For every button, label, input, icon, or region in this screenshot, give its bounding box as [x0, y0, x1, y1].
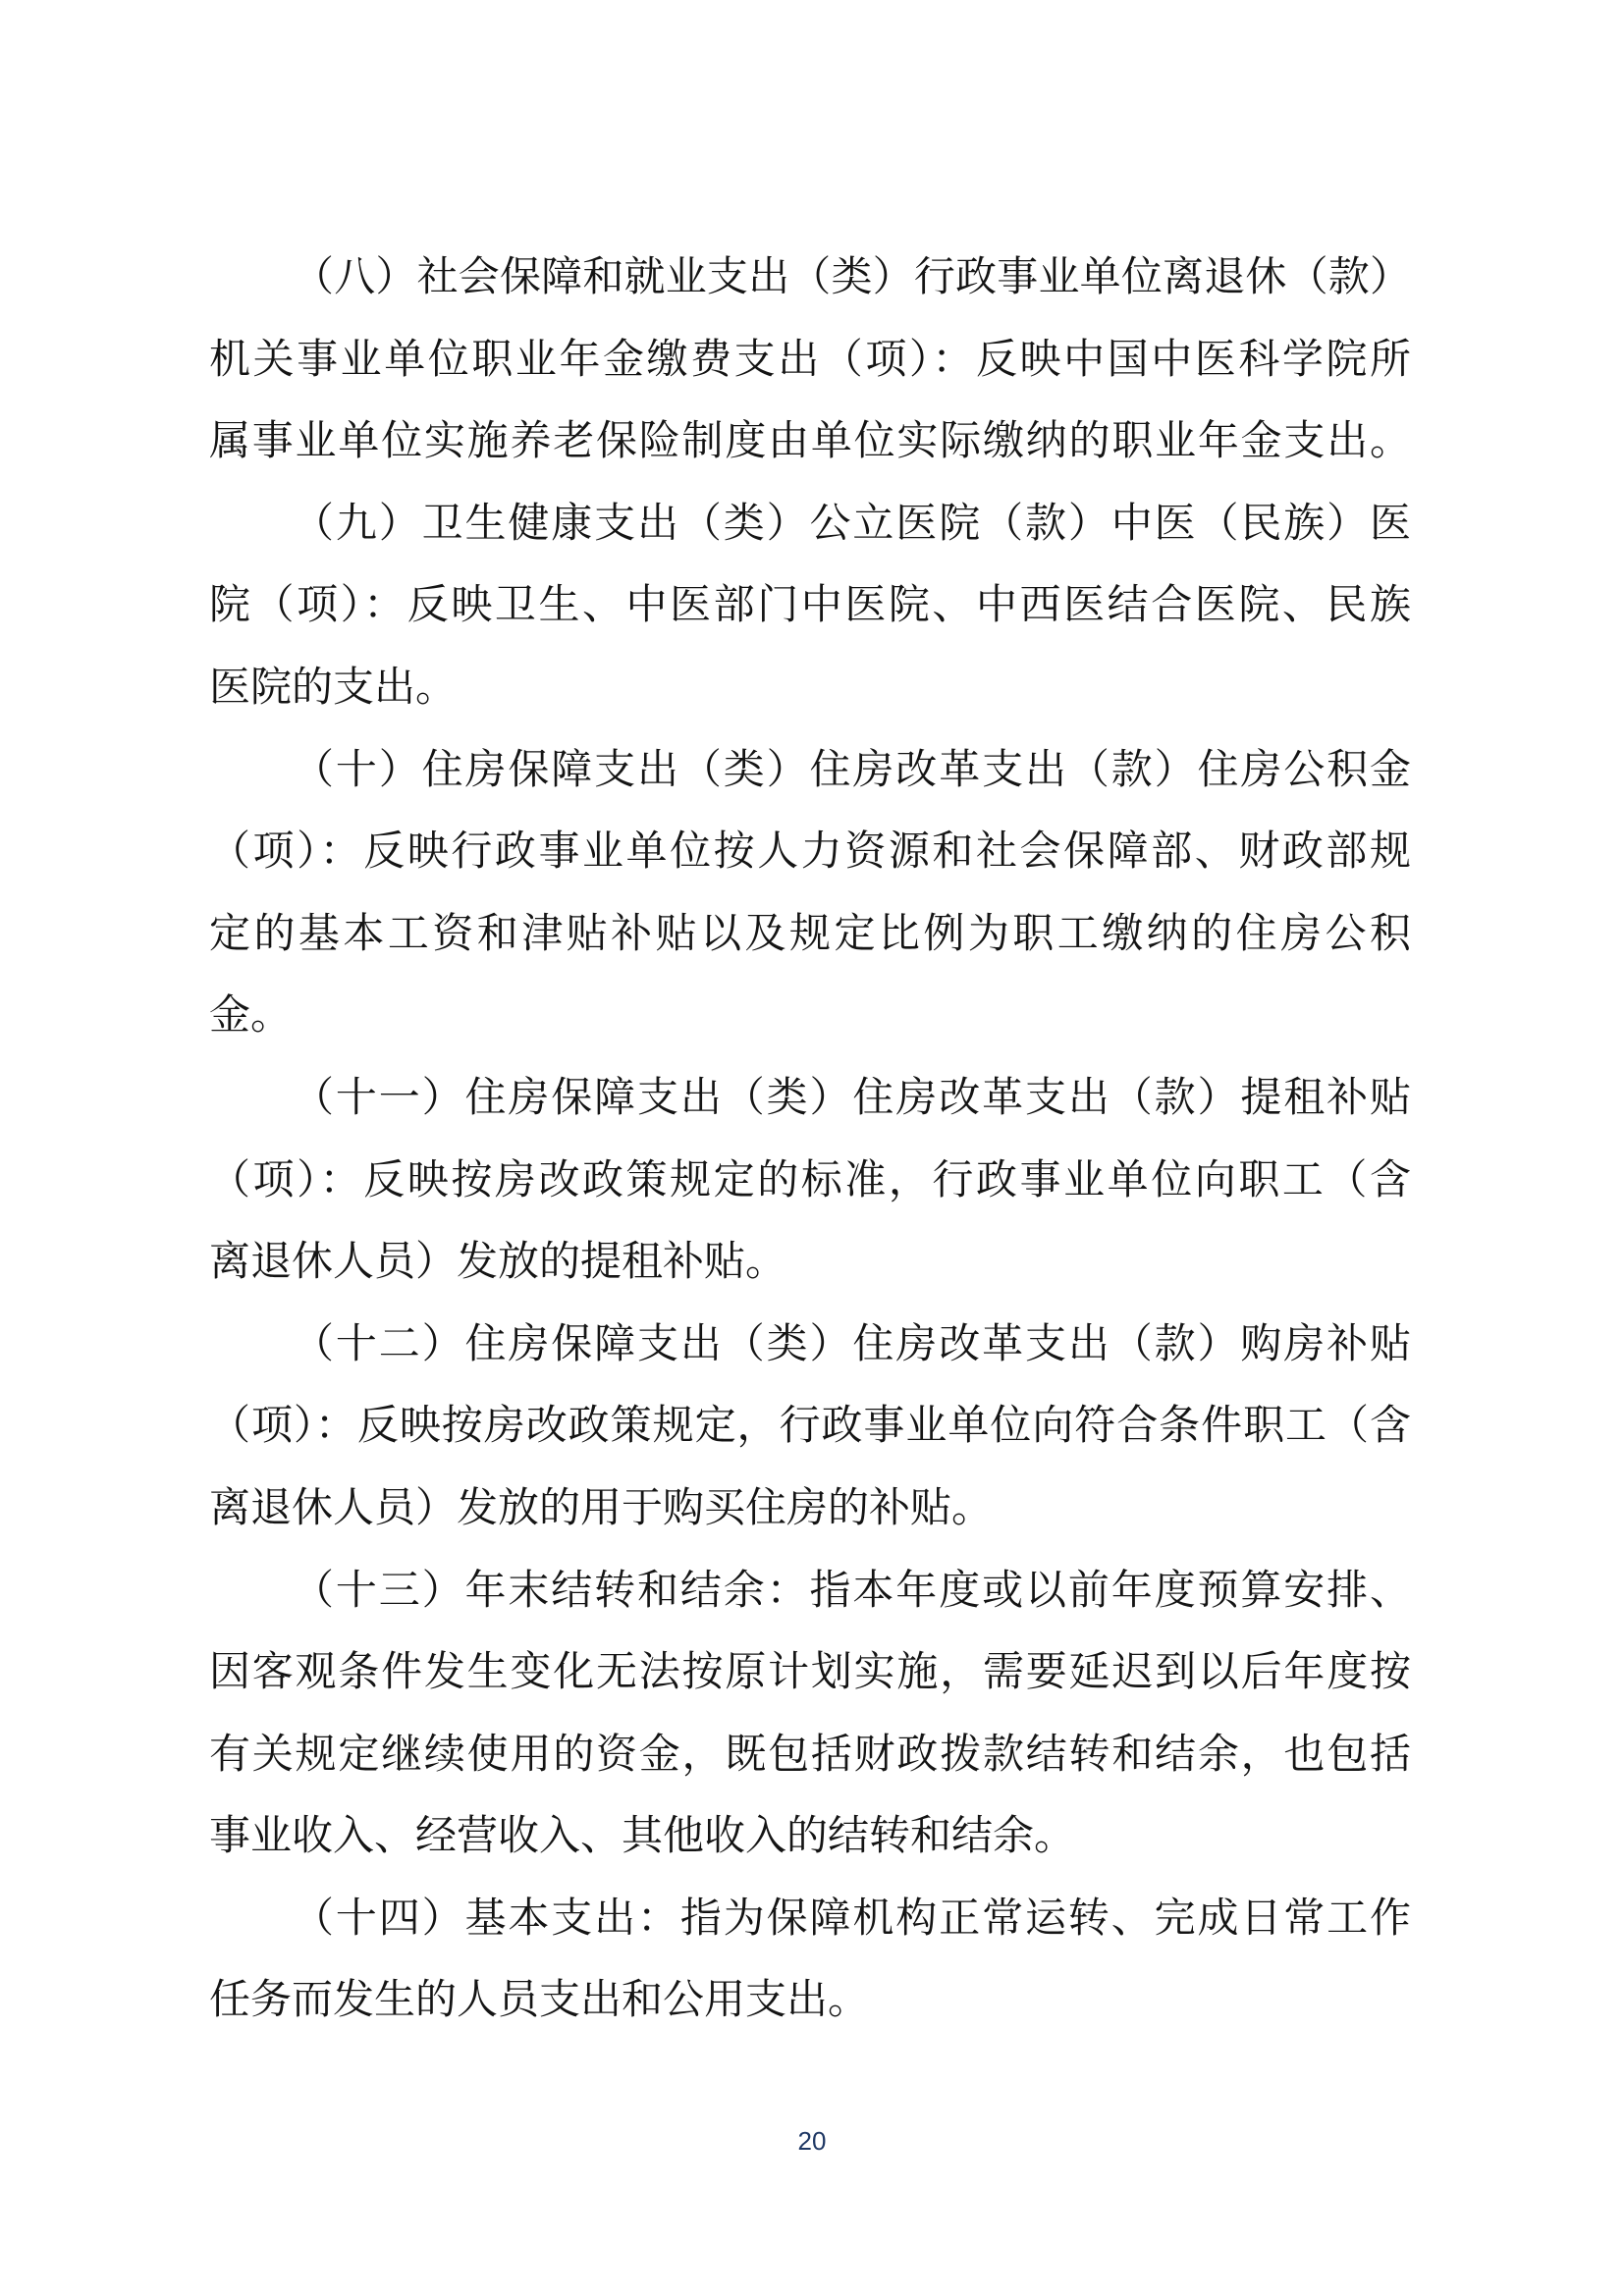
- text-line: 金。: [209, 976, 1411, 1058]
- text-line: （项）：反映按房改政策规定，行政事业单位向符合条件职工（含: [209, 1386, 1411, 1468]
- text-line: 任务而发生的人员支出和公用支出。: [209, 1960, 1411, 2043]
- text-line: 离退休人员）发放的提租补贴。: [209, 1222, 1411, 1305]
- text-line: （十二）住房保障支出（类）住房改革支出（款）购房补贴: [209, 1305, 1411, 1387]
- text-line: 有关规定继续使用的资金，既包括财政拨款结转和结余，也包括: [209, 1715, 1411, 1797]
- page-number: 20: [0, 2126, 1624, 2157]
- text-line: （十一）住房保障支出（类）住房改革支出（款）提租补贴: [209, 1058, 1411, 1141]
- text-line: （八）社会保障和就业支出（类）行政事业单位离退休（款）: [209, 238, 1411, 320]
- text-line: （十三）年末结转和结余：指本年度或以前年度预算安排、: [209, 1551, 1411, 1633]
- text-line: （十）住房保障支出（类）住房改革支出（款）住房公积金: [209, 730, 1411, 813]
- text-line: 机关事业单位职业年金缴费支出（项）：反映中国中医科学院所: [209, 320, 1411, 402]
- text-line: 医院的支出。: [209, 648, 1411, 730]
- text-line: 定的基本工资和津贴补贴以及规定比例为职工缴纳的住房公积: [209, 894, 1411, 977]
- document-body: （八）社会保障和就业支出（类）行政事业单位离退休（款）机关事业单位职业年金缴费支…: [209, 238, 1411, 2043]
- text-line: 离退休人员）发放的用于购买住房的补贴。: [209, 1468, 1411, 1551]
- text-line: （九）卫生健康支出（类）公立医院（款）中医（民族）医: [209, 484, 1411, 566]
- text-line: 院（项）：反映卫生、中医部门中医院、中西医结合医院、民族: [209, 565, 1411, 648]
- text-line: 因客观条件发生变化无法按原计划实施，需要延迟到以后年度按: [209, 1632, 1411, 1715]
- text-line: （项）：反映行政事业单位按人力资源和社会保障部、财政部规: [209, 812, 1411, 894]
- text-line: （项）：反映按房改政策规定的标准，行政事业单位向职工（含: [209, 1141, 1411, 1223]
- text-line: （十四）基本支出：指为保障机构正常运转、完成日常工作: [209, 1879, 1411, 1961]
- text-line: 事业收入、经营收入、其他收入的结转和结余。: [209, 1796, 1411, 1879]
- document-page: （八）社会保障和就业支出（类）行政事业单位离退休（款）机关事业单位职业年金缴费支…: [0, 0, 1624, 2296]
- text-line: 属事业单位实施养老保险制度由单位实际缴纳的职业年金支出。: [209, 401, 1411, 484]
